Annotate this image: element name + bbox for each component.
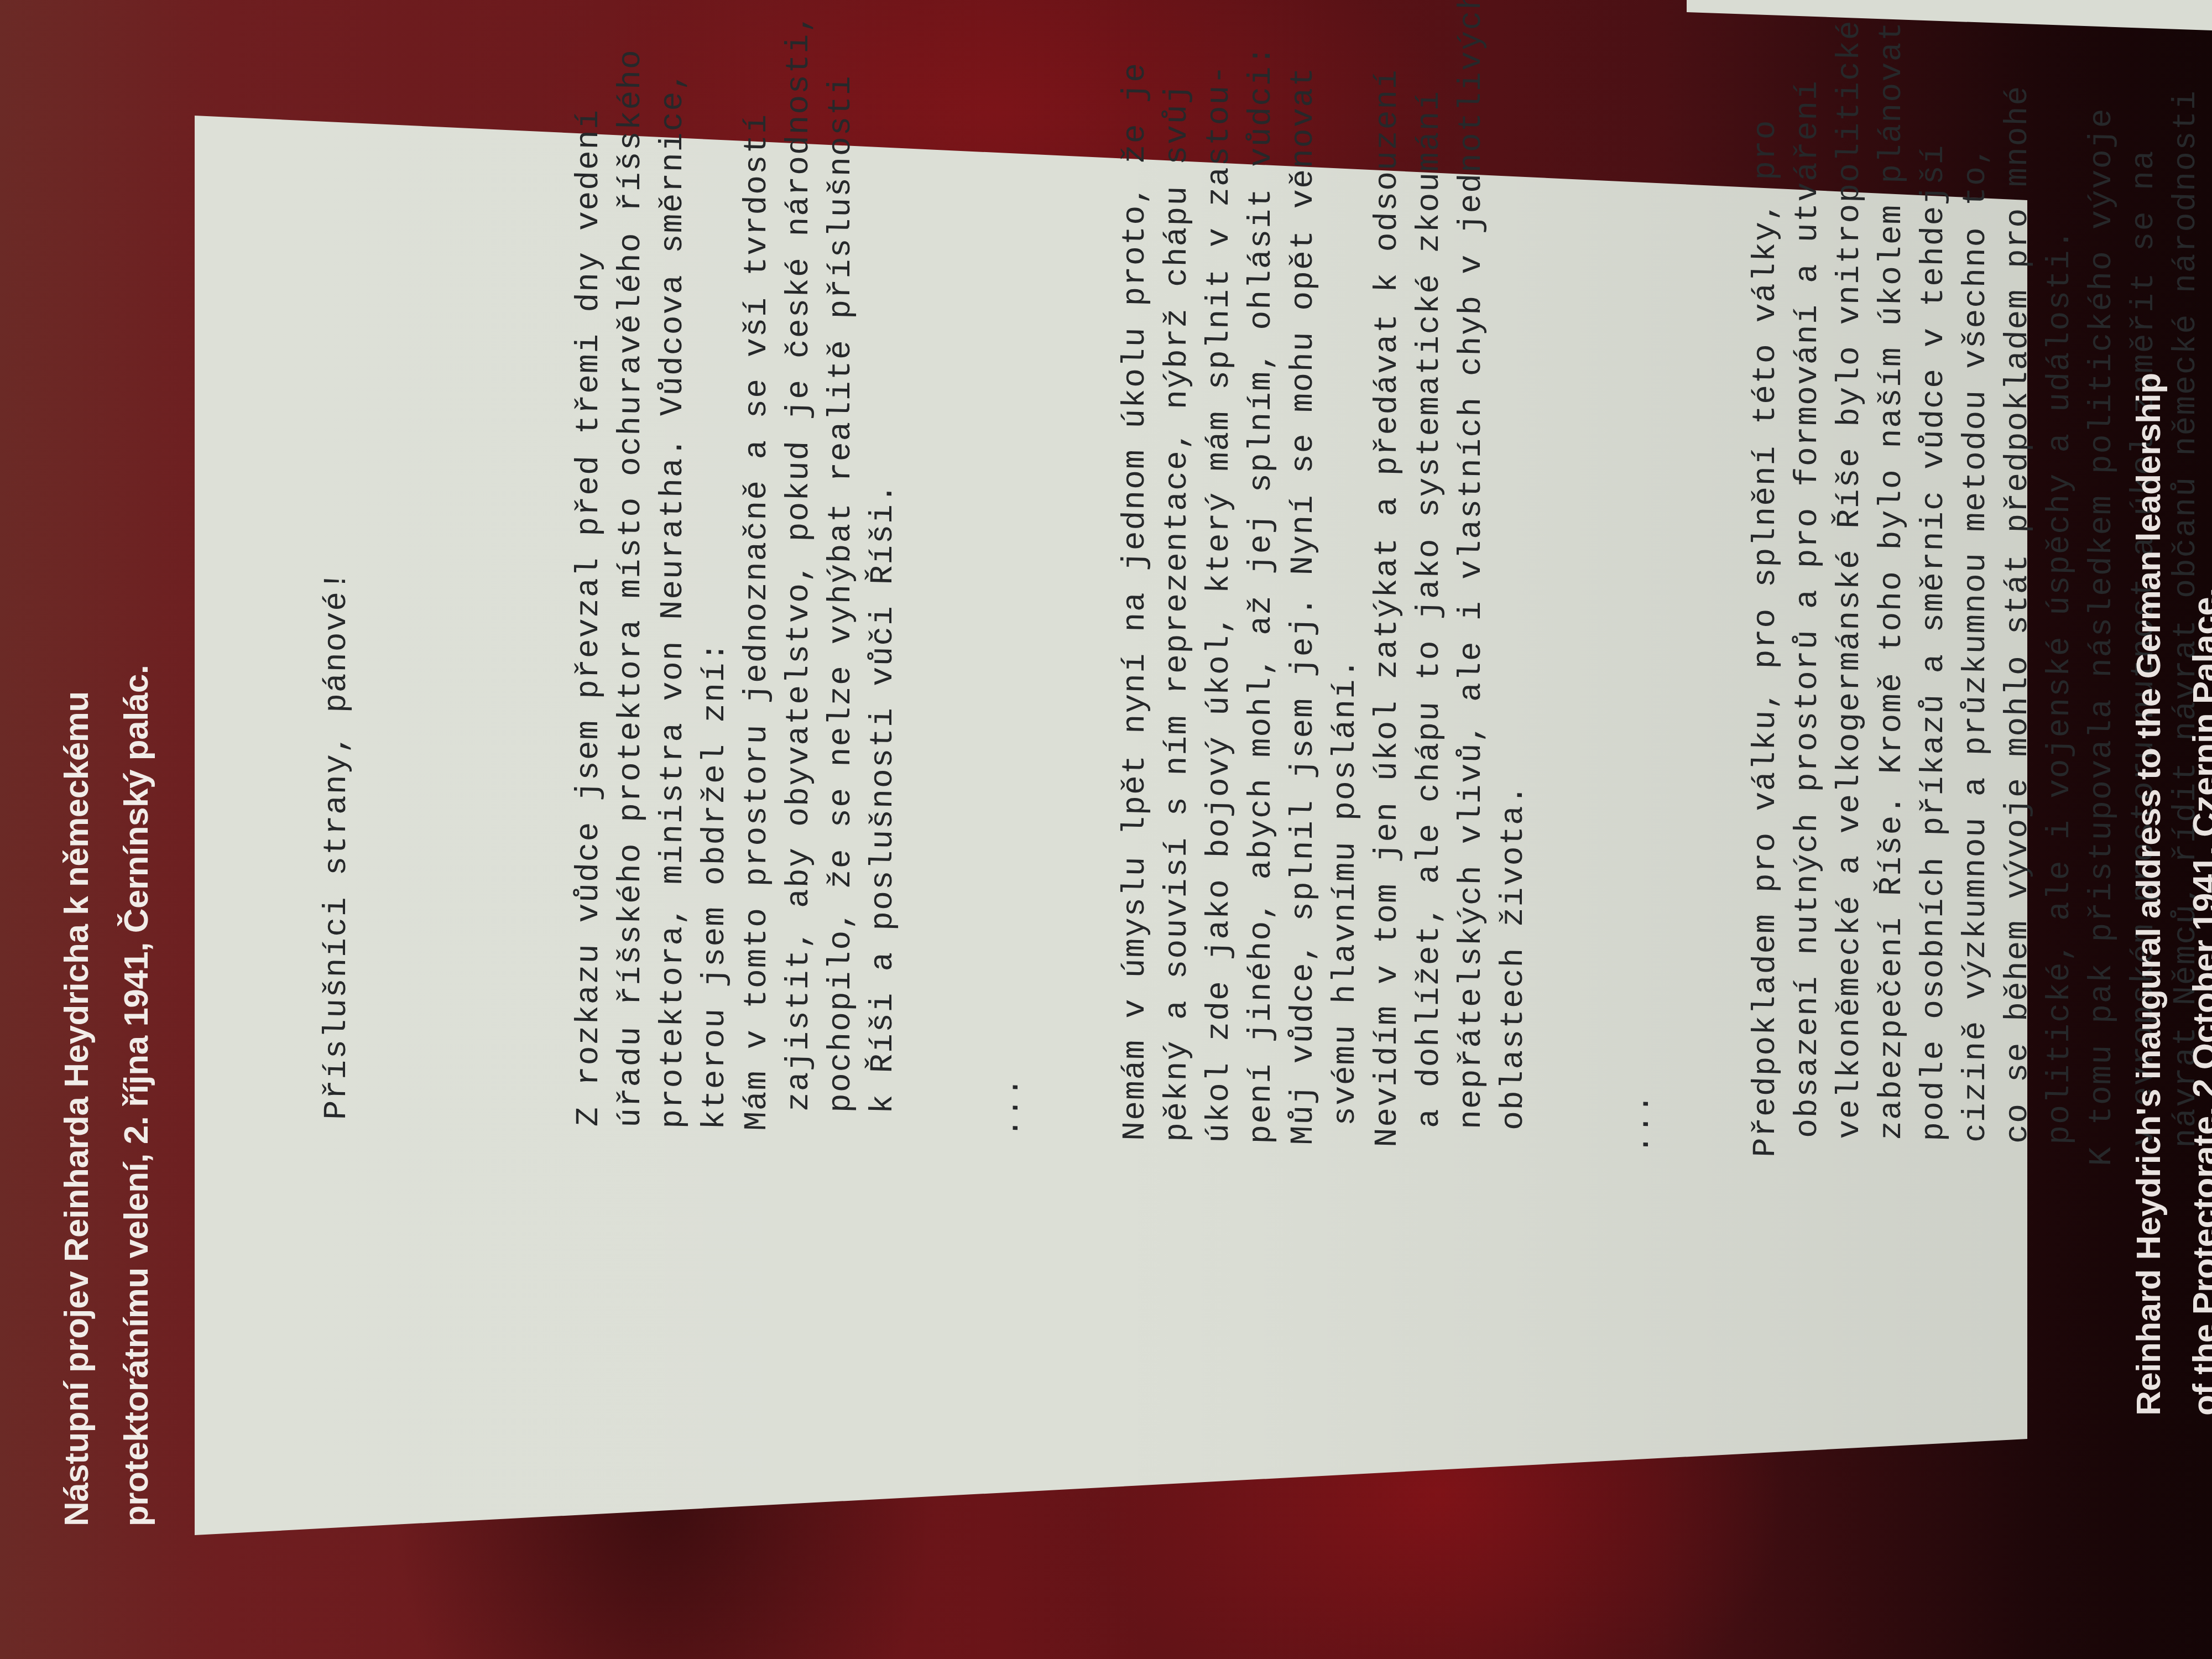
czech-caption-line-1: Nástupní projev Reinharda Heydricha k ně… <box>47 665 107 1526</box>
czech-caption: Nástupní projev Reinharda Heydricha k ně… <box>47 665 166 1526</box>
czech-caption-line-2: protektorátnímu velení, 2. října 1941, Č… <box>107 665 166 1526</box>
text-line: Nemám v úmyslu lpět nyní na jednom úkolu… <box>1115 0 1157 1141</box>
text-line: zabezpečení Říše. Kromě toho bylo naším … <box>1871 0 1913 1161</box>
text-line: cizině výzkumnou a průzkumnou metodou vš… <box>1955 0 1997 1164</box>
text-line: úkol zde jako bojový úkol, který mám spl… <box>1199 0 1241 1144</box>
english-caption: Reinhard Heydrich's inaugural address to… <box>2121 373 2212 1416</box>
text-line: K tomu pak přistupovala následkem politi… <box>2081 0 2124 1167</box>
text-line: obsazení nutných prostorů a pro formován… <box>1787 0 1829 1159</box>
text-line: pěkný a souvisí s ním reprezentace, nýbr… <box>1157 0 1199 1142</box>
text-line: pochopilo, že se nelze vyhýbat realitě p… <box>821 0 863 1134</box>
text-line: zajistit, aby obyvatelstvo, pokud je čes… <box>779 0 821 1133</box>
text-line: politické, ale i vojenské úspěchy a udál… <box>2039 0 2081 1166</box>
text-line: Můj vůdce, splnil jsem jej. Nyní se mohu… <box>1283 0 1325 1146</box>
paragraph-1: Z rozkazu vůdce jsem převzal před třemi … <box>568 0 905 1135</box>
blank-line <box>442 0 484 1124</box>
text-line: Mám v tomto prostoru jednoznačně a se vš… <box>737 0 779 1131</box>
text-line: co se během vývoje mohlo stát předpoklad… <box>1997 0 2039 1165</box>
text-line: protektora, ministra von Neuratha. Vůdco… <box>653 0 695 1129</box>
text-line: nepřátelských vlivů, ale i vlastních chy… <box>1451 0 1493 1150</box>
text-line: svému hlavnímu poslání. <box>1325 0 1367 1147</box>
text-line: k Říši a poslušnosti vůči Říši. <box>863 0 905 1135</box>
text-line: úřadu říšského protektora místo ochuravě… <box>611 0 653 1128</box>
text-line: podle osobních příkazů a směrnic vůdce v… <box>1913 0 1955 1162</box>
text-line: Z rozkazu vůdce jsem převzal před třemi … <box>568 0 611 1127</box>
text-line: Předpokladem pro válku, pro splnění této… <box>1745 0 1787 1158</box>
paragraph-2: Nemám v úmyslu lpět nyní na jednom úkolu… <box>1115 0 1535 1151</box>
text-line: a dohlížet, ale chápu to jako systematic… <box>1409 0 1451 1149</box>
ellipsis: ... <box>989 0 1031 1138</box>
english-caption-line-1: Reinhard Heydrich's inaugural address to… <box>2121 373 2177 1416</box>
text-line: Nevidím v tom jen úkol zatýkat a předáva… <box>1367 0 1409 1148</box>
text-line: kterou jsem obdržel zní: <box>695 0 737 1130</box>
english-caption-line-2: of the Protectorate, 2 October 1941, Cze… <box>2177 373 2212 1416</box>
text-line: velkoněmecké a velkogermánské Říše bylo … <box>1829 0 1871 1160</box>
text-line: pení jiného, abych mohl, až jej splním, … <box>1241 0 1283 1145</box>
ellipsis: ... <box>1619 0 1661 1155</box>
typed-speech-text: Příslušníci strany, pánové! Z rozkazu vů… <box>232 0 2002 1164</box>
salutation: Příslušníci strany, pánové! <box>316 0 358 1120</box>
text-line: oblastech života. <box>1493 0 1535 1151</box>
